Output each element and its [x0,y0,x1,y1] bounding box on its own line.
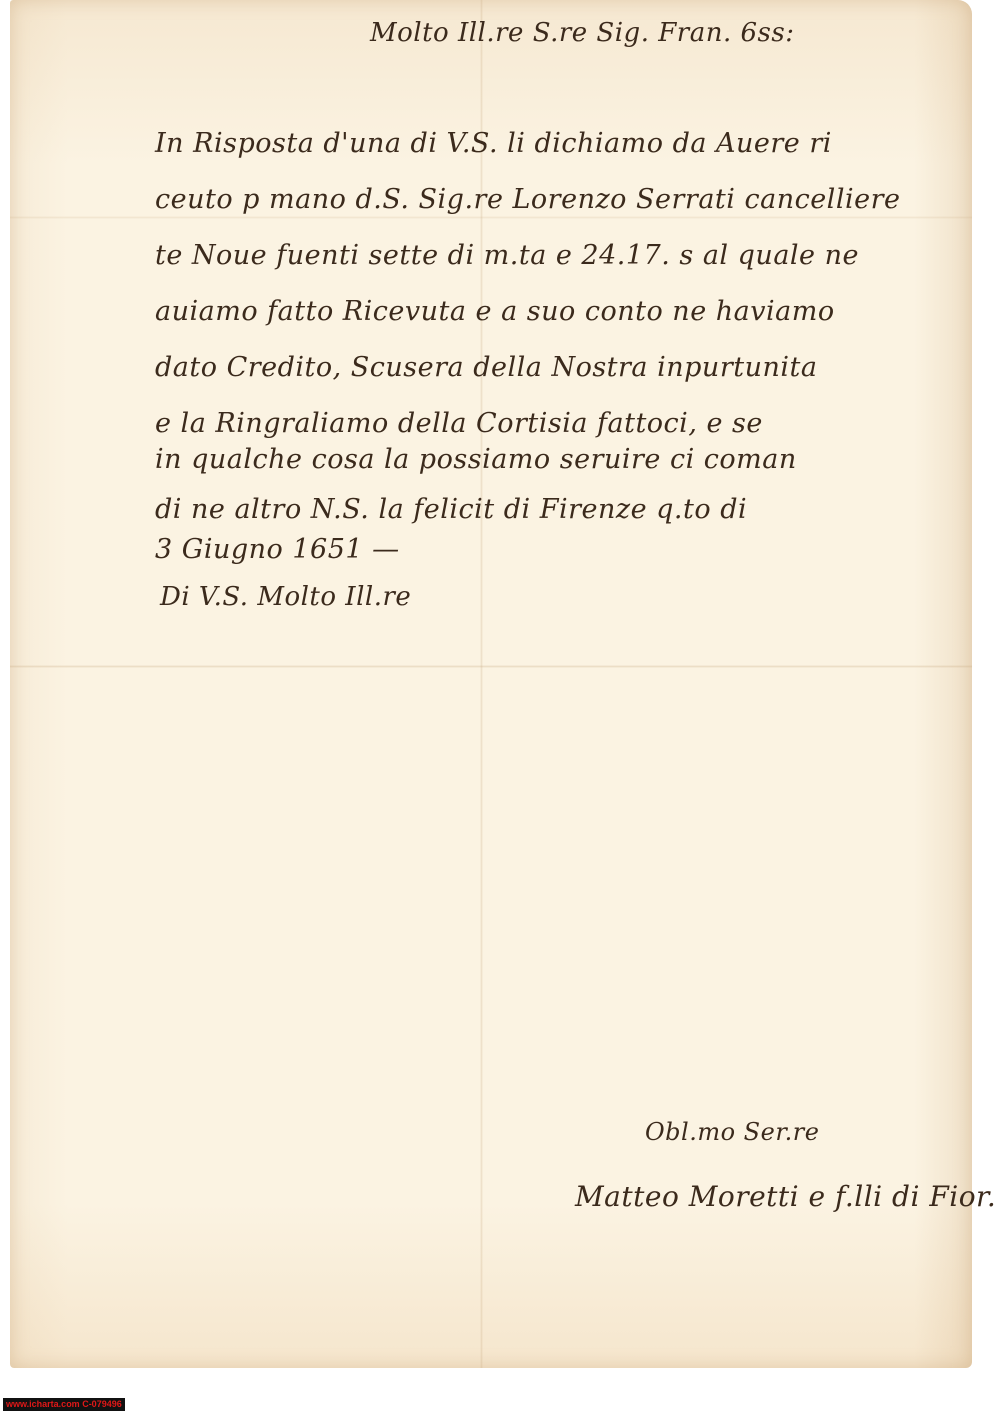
fold-crease-horizontal-upper [10,216,972,219]
letter-header: Molto Ill.re S.re Sig. Fran. 6ss: [370,18,794,48]
letter-closing: Di V.S. Molto Ill.re [160,582,411,612]
signature-title: Obl.mo Ser.re [645,1118,819,1146]
body-line-3: te Noue fuenti sette di m.ta e 24.17. s … [155,240,859,271]
date-line: 3 Giugno 1651 — [155,534,400,565]
body-line-7: in qualche cosa la possiamo seruire ci c… [155,444,797,475]
body-line-8: di ne altro N.S. la felicit di Firenze q… [155,494,747,525]
body-line-1: In Risposta d'una di V.S. li dichiamo da… [155,128,832,159]
watermark-label: www.icharta.com C-079496 [3,1398,125,1411]
body-line-4: auiamo fatto Ricevuta e a suo conto ne h… [155,296,835,327]
body-line-6: e la Ringraliamo della Cortisia fattoci,… [155,408,763,439]
signature-name: Matteo Moretti e f.lli di Fior. [575,1180,996,1213]
body-line-5: dato Credito, Scusera della Nostra inpur… [155,352,817,383]
body-line-2: ceuto p mano d.S. Sig.re Lorenzo Serrati… [155,184,900,215]
fold-crease-horizontal [10,665,972,668]
